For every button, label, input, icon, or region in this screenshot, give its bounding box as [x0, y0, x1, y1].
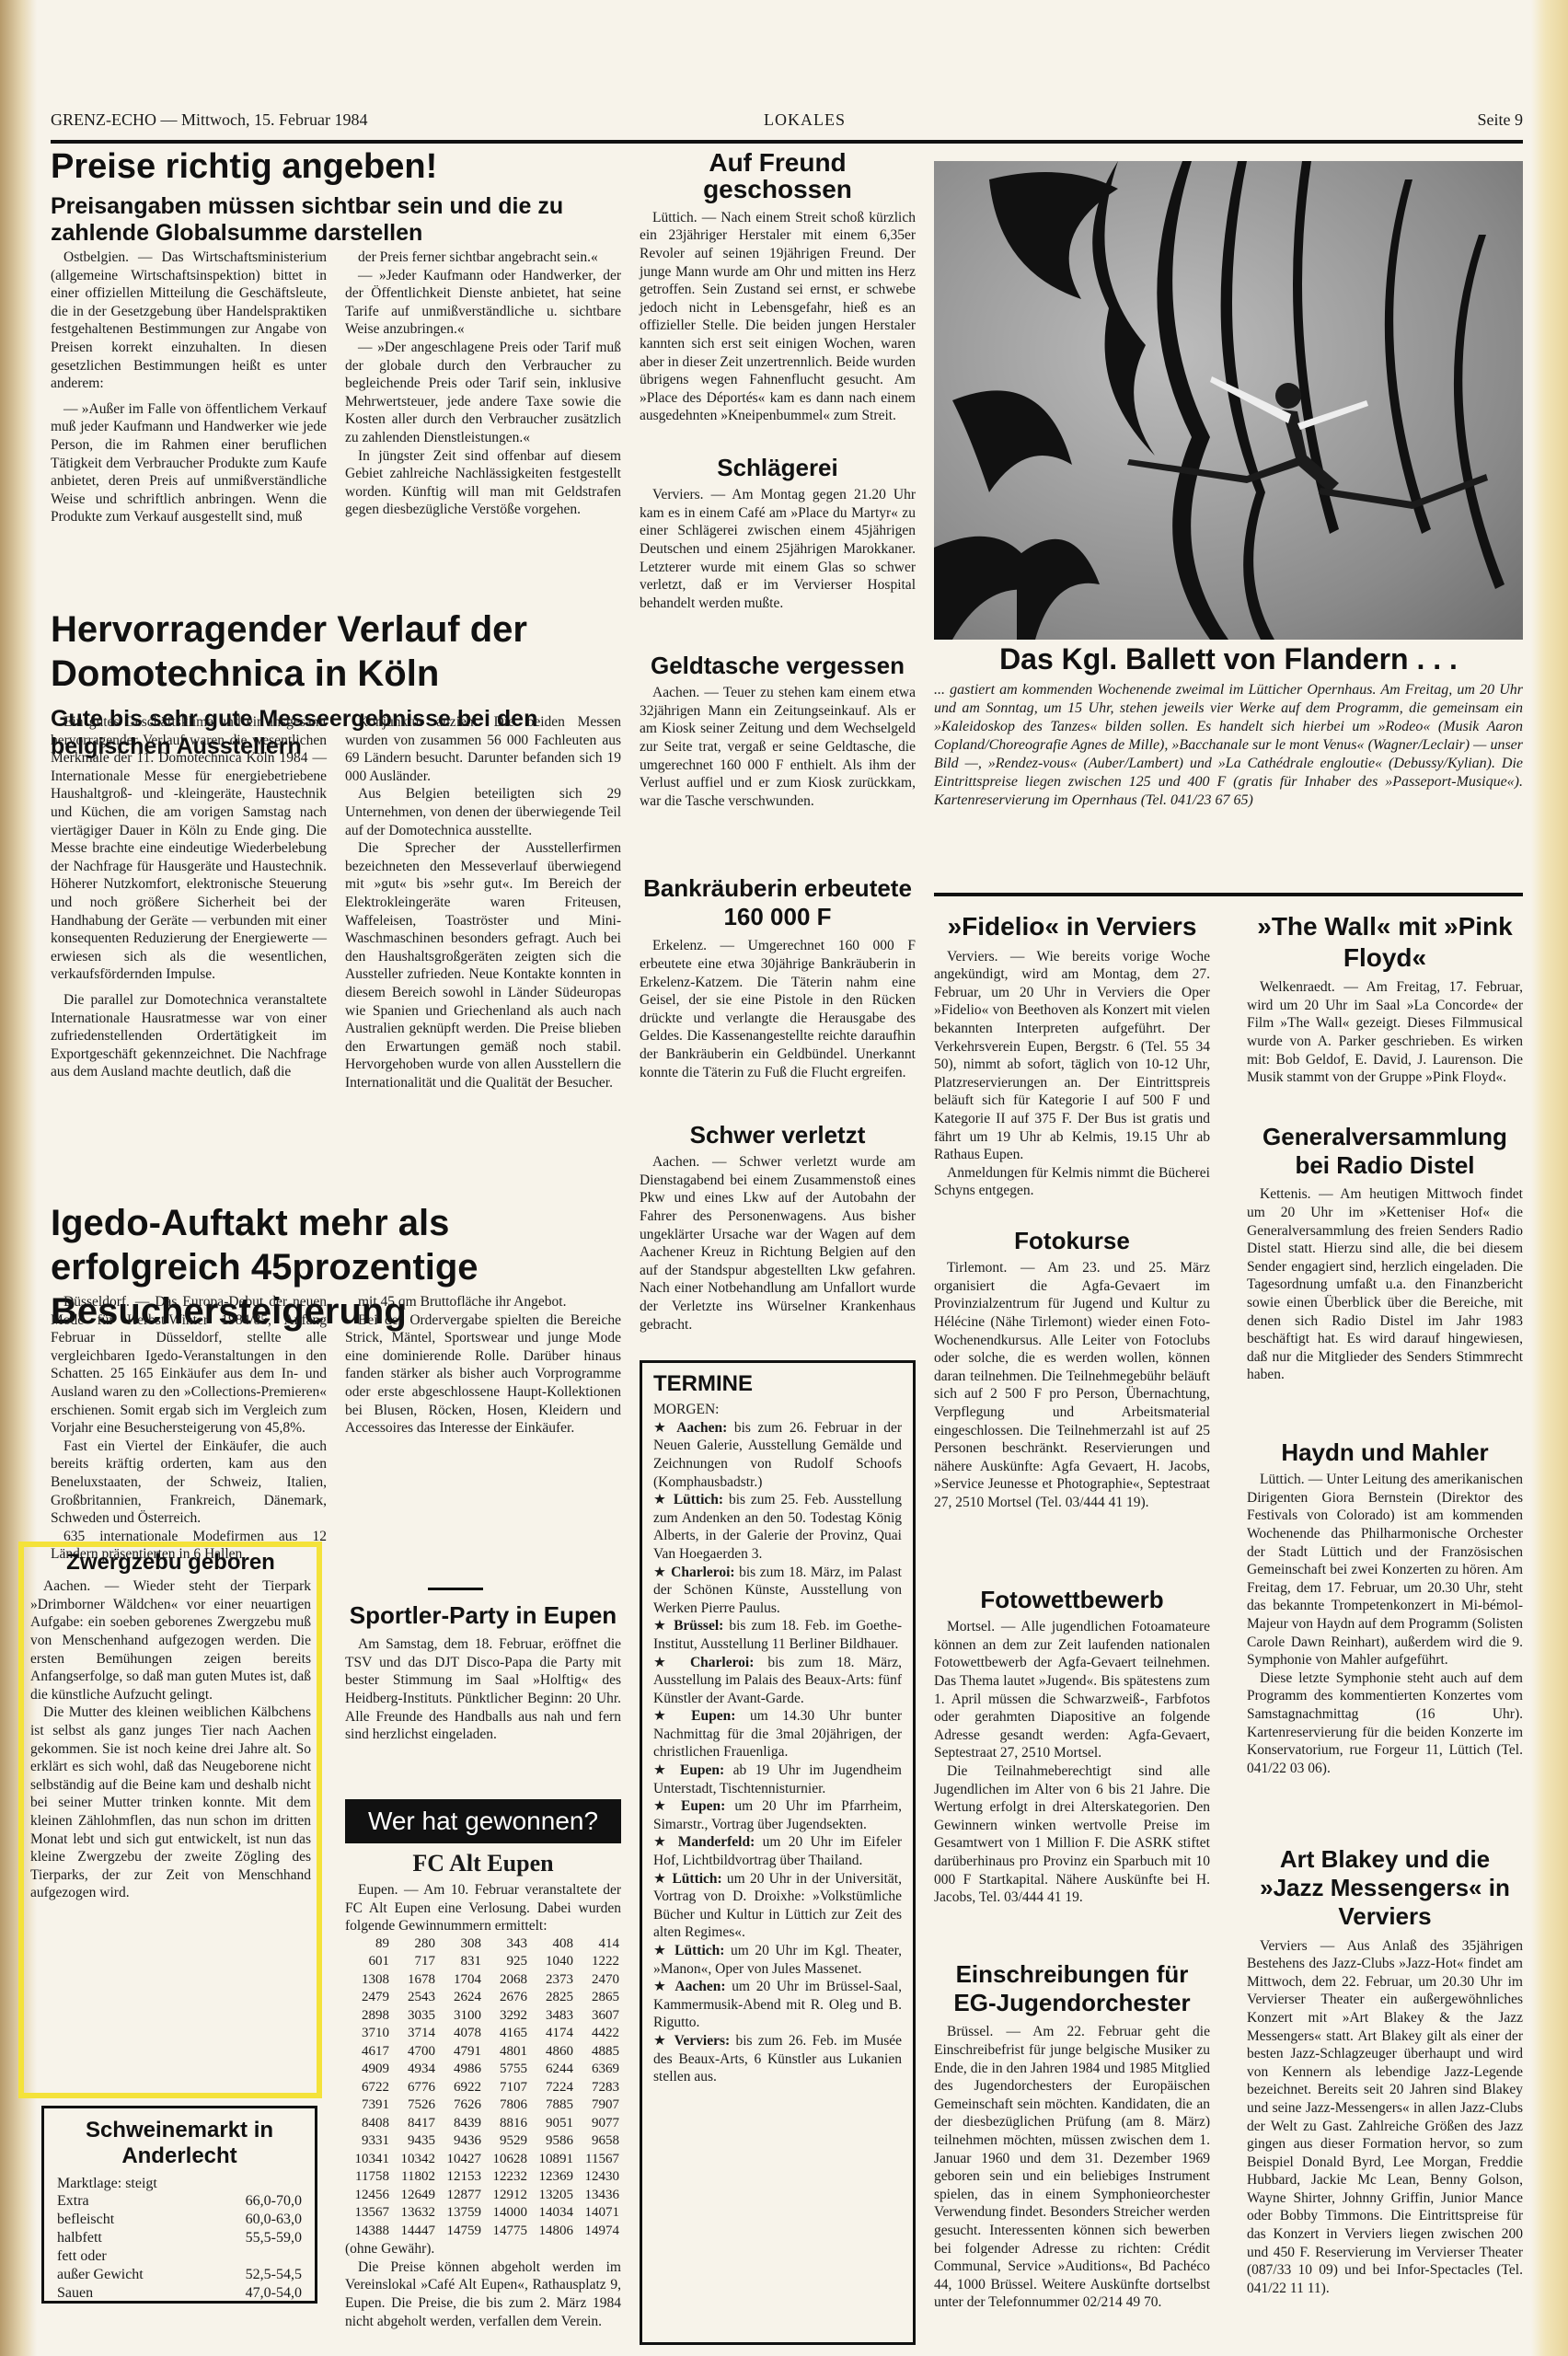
- price-row: Sauen47,0-54,0: [57, 2284, 302, 2303]
- list-item: ★ Brüssel: bis zum 18. Feb. im Goethe-In…: [653, 1617, 902, 1653]
- winning-number: 9658: [575, 2132, 621, 2151]
- article-fc-alt-eupen: FC Alt Eupen Eupen. — Am 10. Februar ver…: [345, 1850, 621, 2330]
- winning-number: 12369: [529, 2168, 575, 2187]
- winning-number: 13759: [437, 2204, 483, 2223]
- article-radio-distel: Generalversammlung bei Radio Distel Kett…: [1247, 1123, 1523, 1384]
- table-row: 103411034210427106281089111567: [345, 2151, 621, 2169]
- article-schweinemarkt: Schweinemarkt in Anderlecht Marktlage: s…: [41, 2106, 317, 2304]
- table-row: 60171783192510401222: [345, 1953, 621, 1971]
- section-label: LOKALES: [764, 110, 846, 130]
- table-row: 117581180212153122321236912430: [345, 2168, 621, 2187]
- winning-number: 12877: [437, 2187, 483, 2205]
- headline: Zwergzebu geboren: [30, 1551, 311, 1574]
- winning-number: 6244: [529, 2061, 575, 2079]
- winning-number: 7907: [575, 2096, 621, 2115]
- headline: »The Wall« mit »Pink Floyd«: [1247, 911, 1523, 973]
- winning-number: 14000: [483, 2204, 529, 2223]
- winning-number: 8816: [483, 2115, 529, 2133]
- ballet-photo: [934, 161, 1523, 640]
- winning-number: 7224: [529, 2079, 575, 2097]
- winning-number: 12456: [345, 2187, 391, 2205]
- winning-number: 9529: [483, 2132, 529, 2151]
- winning-number: 7107: [483, 2079, 529, 2097]
- table-row: 130816781704206823732470: [345, 1971, 621, 1990]
- winning-number: 7283: [575, 2079, 621, 2097]
- winning-number: 4909: [345, 2061, 391, 2079]
- list-item: ★ Eupen: um 20 Uhr im Pfarrheim, Simarst…: [653, 1797, 902, 1833]
- winning-number: 14775: [483, 2223, 529, 2241]
- winning-number: 2624: [437, 1989, 483, 2007]
- winning-number: 10628: [483, 2151, 529, 2169]
- table-row: 461747004791480148604885: [345, 2043, 621, 2061]
- list-item: ★ Aachen: um 20 Uhr im Brüssel-Saal, Kam…: [653, 1978, 902, 2032]
- table-row: 840884178439881690519077: [345, 2115, 621, 2133]
- termine-box: TERMINE MORGEN: ★ Aachen: bis zum 26. Fe…: [640, 1360, 916, 2345]
- masthead-rule: [51, 140, 1523, 144]
- winning-number: 4801: [483, 2043, 529, 2061]
- headline: Geldtasche vergessen: [640, 653, 916, 678]
- winning-number: 89: [345, 1935, 391, 1954]
- winning-number: 2676: [483, 1989, 529, 2007]
- article-eg-jugendorchester: Einschreibungen für EG-Jugendorchester B…: [934, 1960, 1210, 2312]
- winning-number: 11567: [575, 2151, 621, 2169]
- winning-number: 3100: [437, 2007, 483, 2026]
- winning-number: 4165: [483, 2025, 529, 2043]
- winning-number: 9331: [345, 2132, 391, 2151]
- headline: TERMINE: [653, 1372, 902, 1395]
- igedo-col-2: mit 45 qm Bruttofläche ihr Angebot. Bei …: [345, 1293, 621, 1438]
- winning-number: 4174: [529, 2025, 575, 2043]
- list-item: ★ Charleroi: bis zum 18. März, Ausstellu…: [653, 1654, 902, 1708]
- domotechnica-col-1: Ein gutes Geschäftsklima und ein insgesa…: [51, 713, 327, 1081]
- winning-number: 1308: [345, 1971, 391, 1990]
- list-item: ★ Manderfeld: um 20 Uhr im Eifeler Hof, …: [653, 1833, 902, 1869]
- winning-number: 308: [437, 1935, 483, 1954]
- ballet-dancer-image: [934, 161, 1523, 640]
- domotechnica-col-2: Konjunktur anzieht. Die beiden Messen wu…: [345, 713, 621, 1091]
- winning-number: 9586: [529, 2132, 575, 2151]
- winning-number: 10891: [529, 2151, 575, 2169]
- list-item: ★ Lüttich: bis zum 25. Feb. Ausstellung …: [653, 1491, 902, 1563]
- page-edge: [1531, 0, 1568, 2356]
- winning-number: 3483: [529, 2007, 575, 2026]
- winning-number: 9077: [575, 2115, 621, 2133]
- winning-number: 10342: [391, 2151, 437, 2169]
- price-row: fett oder: [57, 2247, 302, 2266]
- article-the-wall: »The Wall« mit »Pink Floyd« Welkenraedt.…: [1247, 911, 1523, 1087]
- winning-number: 8439: [437, 2115, 483, 2133]
- headline: »Fidelio« in Verviers: [934, 911, 1210, 942]
- price-row: halbfett55,5-59,0: [57, 2229, 302, 2247]
- star-icon: ★: [653, 1655, 690, 1670]
- winning-number: 12649: [391, 2187, 437, 2205]
- winning-number: 2543: [391, 1989, 437, 2007]
- winning-number: 8417: [391, 2115, 437, 2133]
- winning-number: 2068: [483, 1971, 529, 1990]
- article-preise: Preise richtig angeben! Preisangaben müs…: [51, 149, 621, 246]
- winning-number: 10427: [437, 2151, 483, 2169]
- table-row: 933194359436952995869658: [345, 2132, 621, 2151]
- winning-number: 14759: [437, 2223, 483, 2241]
- star-icon: ★: [653, 1871, 672, 1887]
- winning-number: 4078: [437, 2025, 483, 2043]
- list-item: ★ Aachen: bis zum 26. Februar in der Neu…: [653, 1419, 902, 1491]
- winning-number: 14388: [345, 2223, 391, 2241]
- winners-banner: Wer hat gewonnen?: [345, 1799, 621, 1843]
- table-row: 89280308343408414: [345, 1935, 621, 1954]
- winning-number: 4791: [437, 2043, 483, 2061]
- winning-number: 8408: [345, 2115, 391, 2133]
- winning-number: 14974: [575, 2223, 621, 2241]
- article-fidelio: »Fidelio« in Verviers Verviers. — Wie be…: [934, 911, 1210, 1200]
- winning-number: 2825: [529, 1989, 575, 2007]
- star-icon: ★: [653, 1420, 676, 1436]
- winning-number: 13567: [345, 2204, 391, 2223]
- page-number: Seite 9: [1478, 110, 1524, 130]
- star-icon: ★: [653, 1834, 678, 1850]
- star-icon: ★: [653, 1762, 680, 1778]
- winning-number: 12153: [437, 2168, 483, 2187]
- winning-number: 14034: [529, 2204, 575, 2223]
- masthead-date: GRENZ-ECHO — Mittwoch, 15. Februar 1984: [51, 110, 367, 130]
- winning-number: 925: [483, 1953, 529, 1971]
- disclaimer: (ohne Gewähr).: [345, 2240, 621, 2258]
- headline: Art Blakey und die »Jazz Messengers« in …: [1247, 1845, 1523, 1932]
- winning-number: 12232: [483, 2168, 529, 2187]
- article-fotowettbewerb: Fotowettbewerb Mortsel. — Alle jugendlic…: [934, 1588, 1210, 1907]
- winning-number: 12430: [575, 2168, 621, 2187]
- table-row: 124561264912877129121320513436: [345, 2187, 621, 2205]
- winning-number: 414: [575, 1935, 621, 1954]
- winning-number: 3714: [391, 2025, 437, 2043]
- section-rule: [934, 893, 1523, 896]
- winning-number: 2470: [575, 1971, 621, 1990]
- price-row: Extra66,0-70,0: [57, 2192, 302, 2211]
- headline: Sportler-Party in Eupen: [345, 1601, 621, 1630]
- table-row: 247925432624267628252865: [345, 1989, 621, 2007]
- winning-number: 2898: [345, 2007, 391, 2026]
- winning-number: 7526: [391, 2096, 437, 2115]
- winning-number: 7626: [437, 2096, 483, 2115]
- star-icon: ★: [653, 1943, 674, 1958]
- headline: Das Kgl. Ballett von Flandern . . .: [934, 644, 1523, 676]
- winning-number: 4986: [437, 2061, 483, 2079]
- article-sportler-party: Sportler-Party in Eupen Am Samstag, dem …: [345, 1601, 621, 1744]
- winning-number: 4860: [529, 2043, 575, 2061]
- headline: Generalversammlung bei Radio Distel: [1247, 1123, 1523, 1180]
- termine-list: ★ Aachen: bis zum 26. Februar in der Neu…: [653, 1419, 902, 2086]
- winning-number: 6369: [575, 2061, 621, 2079]
- winning-number: 343: [483, 1935, 529, 1954]
- headline: Einschreibungen für EG-Jugendorchester: [934, 1960, 1210, 2017]
- preise-col-2: der Preis ferner sichtbar angebracht sei…: [345, 248, 621, 519]
- table-row: 135671363213759140001403414071: [345, 2204, 621, 2223]
- winning-number: 3292: [483, 2007, 529, 2026]
- winning-number: 717: [391, 1953, 437, 1971]
- winning-number: 13436: [575, 2187, 621, 2205]
- article-bankraeuberin: Bankräuberin erbeutete 160 000 F Erkelen…: [640, 874, 916, 1081]
- winning-number: 11802: [391, 2168, 437, 2187]
- table-row: 739175267626780678857907: [345, 2096, 621, 2115]
- winning-number: 831: [437, 1953, 483, 1971]
- star-icon: ★: [653, 2033, 674, 2049]
- winning-number: 4934: [391, 2061, 437, 2079]
- headline: Haydn und Mahler: [1247, 1440, 1523, 1465]
- list-item: ★ Lüttich: um 20 Uhr in der Universität,…: [653, 1870, 902, 1942]
- winning-numbers-table: 8928030834340841460171783192510401222130…: [345, 1935, 621, 2241]
- winning-number: 2479: [345, 1989, 391, 2007]
- winning-number: 9435: [391, 2132, 437, 2151]
- list-item: ★ Charleroi: bis zum 18. März, im Palast…: [653, 1564, 902, 1618]
- subheadline: FC Alt Eupen: [345, 1850, 621, 1877]
- preise-col-1: Ostbelgien. — Das Wirtschaftsministerium…: [51, 248, 327, 526]
- table-row: 371037144078416541744422: [345, 2025, 621, 2043]
- winning-number: 4617: [345, 2043, 391, 2061]
- winning-number: 4700: [391, 2043, 437, 2061]
- winning-number: 1704: [437, 1971, 483, 1990]
- winning-number: 7806: [483, 2096, 529, 2115]
- list-item: ★ Eupen: ab 19 Uhr im Jugendheim Unterst…: [653, 1761, 902, 1797]
- list-item: ★ Verviers: bis zum 26. Feb. im Musée de…: [653, 2032, 902, 2086]
- headline: Hervorragender Verlauf der Domotechnica …: [51, 607, 621, 696]
- winning-number: 11758: [345, 2168, 391, 2187]
- headline: Fotowettbewerb: [934, 1588, 1210, 1612]
- winning-number: 1222: [575, 1953, 621, 1971]
- winning-number: 1678: [391, 1971, 437, 1990]
- article-geldtasche: Geldtasche vergessen Aachen. — Teuer zu …: [640, 653, 916, 810]
- winning-number: 7885: [529, 2096, 575, 2115]
- table-row: 672267766922710772247283: [345, 2079, 621, 2097]
- subheadline: Preisangaben müssen sichtbar sein und di…: [51, 193, 621, 247]
- article-ballett: Das Kgl. Ballett von Flandern . . . ... …: [934, 644, 1523, 810]
- list-item: ★ Lüttich: um 20 Uhr im Kgl. Theater, »M…: [653, 1942, 902, 1978]
- star-icon: ★: [653, 1565, 671, 1580]
- divider: [428, 1588, 483, 1590]
- winning-number: 2373: [529, 1971, 575, 1990]
- masthead: GRENZ-ECHO — Mittwoch, 15. Februar 1984 …: [51, 110, 1523, 138]
- winning-number: 4422: [575, 2025, 621, 2043]
- star-icon: ★: [653, 1798, 681, 1814]
- list-item: ★ Eupen: um 14.30 Uhr bunter Nachmittag …: [653, 1707, 902, 1761]
- headline: Auf Freund geschossen: [640, 149, 916, 203]
- winning-number: 7391: [345, 2096, 391, 2115]
- winning-number: 13632: [391, 2204, 437, 2223]
- market-trend: Marktlage: steigt: [57, 2176, 302, 2192]
- headline: Schwer verletzt: [640, 1123, 916, 1148]
- winning-number: 9051: [529, 2115, 575, 2133]
- headline: Bankräuberin erbeutete 160 000 F: [640, 874, 916, 931]
- winning-number: 14071: [575, 2204, 621, 2223]
- star-icon: ★: [653, 1979, 674, 1994]
- winning-number: 6776: [391, 2079, 437, 2097]
- winning-number: 3035: [391, 2007, 437, 2026]
- article-art-blakey: Art Blakey und die »Jazz Messengers« in …: [1247, 1845, 1523, 2297]
- winning-number: 1040: [529, 1953, 575, 1971]
- winning-number: 14447: [391, 2223, 437, 2241]
- winning-number: 6722: [345, 2079, 391, 2097]
- winning-number: 5755: [483, 2061, 529, 2079]
- table-row: 143881444714759147751480614974: [345, 2223, 621, 2241]
- winning-number: 13205: [529, 2187, 575, 2205]
- winning-number: 3710: [345, 2025, 391, 2043]
- price-row: außer Gewicht52,5-54,5: [57, 2266, 302, 2284]
- igedo-col-1: Düsseldorf. — Das Europa-Debut der neuen…: [51, 1293, 327, 1564]
- article-schlaegerei: Schlägerei Verviers. — Am Montag gegen 2…: [640, 456, 916, 612]
- table-row: 289830353100329234833607: [345, 2007, 621, 2026]
- headline: Fotokurse: [934, 1229, 1210, 1253]
- winning-number: 12912: [483, 2187, 529, 2205]
- article-zwergzebu: Zwergzebu geboren Aachen. — Wieder steht…: [30, 1551, 311, 1902]
- winning-number: 280: [391, 1935, 437, 1954]
- winning-number: 2865: [575, 1989, 621, 2007]
- article-haydn-mahler: Haydn und Mahler Lüttich. — Unter Leitun…: [1247, 1440, 1523, 1777]
- winning-number: 408: [529, 1935, 575, 1954]
- star-icon: ★: [653, 1618, 674, 1634]
- headline: Schweinemarkt in Anderlecht: [57, 2118, 302, 2168]
- winning-number: 9436: [437, 2132, 483, 2151]
- caption: ... gastiert am kommenden Wochenende zwe…: [934, 681, 1523, 810]
- winning-number: 6922: [437, 2079, 483, 2097]
- article-schwer-verletzt: Schwer verletzt Aachen. — Schwer verletz…: [640, 1123, 916, 1334]
- winning-number: 3607: [575, 2007, 621, 2026]
- headline: Schlägerei: [640, 456, 916, 480]
- table-row: 490949344986575562446369: [345, 2061, 621, 2079]
- star-icon: ★: [653, 1708, 691, 1724]
- price-row: befleischt60,0-63,0: [57, 2211, 302, 2229]
- winning-number: 601: [345, 1953, 391, 1971]
- headline: Preise richtig angeben!: [51, 149, 621, 186]
- star-icon: ★: [653, 1492, 674, 1507]
- article-fotokurse: Fotokurse Tirlemont. — Am 23. und 25. Mä…: [934, 1229, 1210, 1512]
- winning-number: 10341: [345, 2151, 391, 2169]
- article-auf-freund-geschossen: Auf Freund geschossen Lüttich. — Nach ei…: [640, 149, 916, 425]
- winning-number: 4885: [575, 2043, 621, 2061]
- winning-number: 14806: [529, 2223, 575, 2241]
